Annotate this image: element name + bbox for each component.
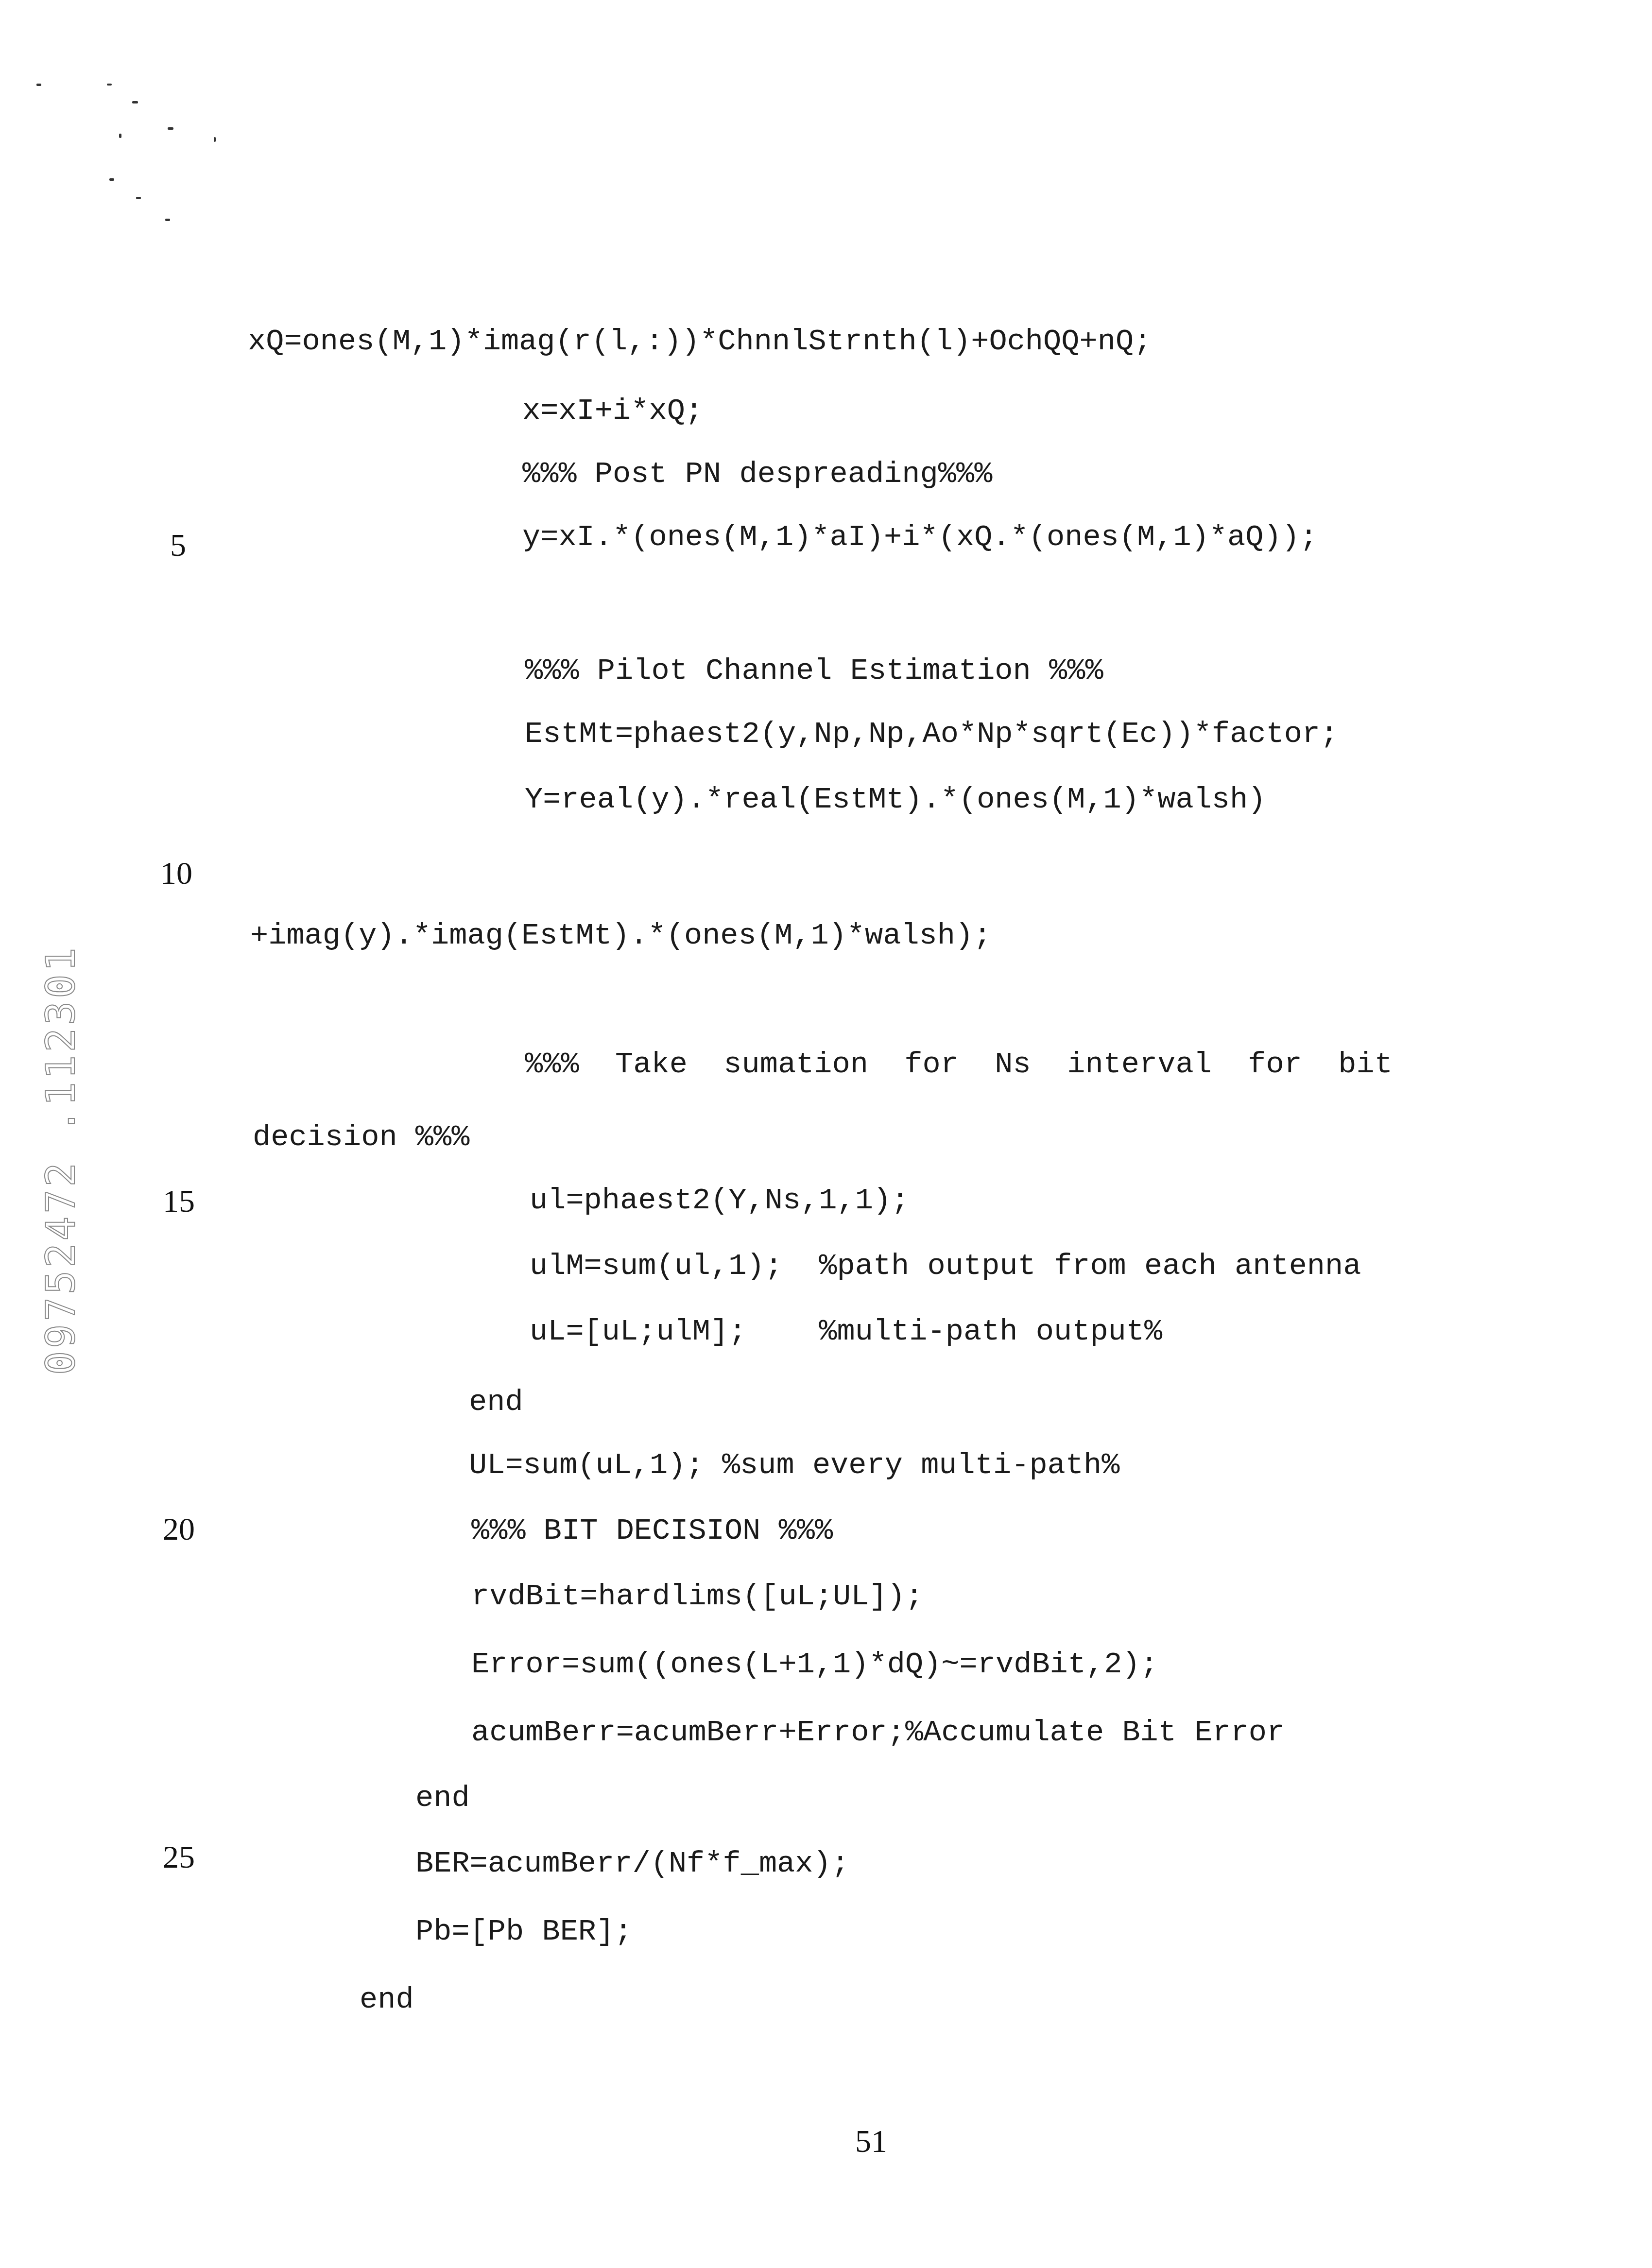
line-number: 20 (163, 1513, 195, 1546)
scan-speck (168, 127, 173, 130)
document-page: 09752472 .112301 5 10 15 20 25 xQ=ones(M… (0, 0, 1652, 2268)
page-number: 51 (855, 2123, 887, 2160)
scan-speck (109, 178, 114, 181)
code-line: EstMt=phaest2(y,Np,Np,Ao*Np*sqrt(Ec))*fa… (525, 719, 1338, 749)
code-line: decision %%% (253, 1122, 469, 1152)
scan-speck (165, 219, 170, 221)
code-line: Error=sum((ones(L+1,1)*dQ)~=rvdBit,2); (471, 1649, 1158, 1680)
code-line: BER=acumBerr/(Nf*f_max); (415, 1849, 849, 1879)
code-line: y=xI.*(ones(M,1)*aI)+i*(xQ.*(ones(M,1)*a… (522, 522, 1318, 552)
scan-speck (119, 134, 121, 138)
scan-speck (214, 137, 216, 142)
code-line: end (415, 1783, 470, 1813)
scan-speck (107, 84, 112, 86)
line-number: 15 (163, 1186, 195, 1218)
code-line: %%% Take sumation for Ns interval for bi… (525, 1049, 1393, 1080)
scan-speck (132, 101, 138, 103)
code-line: end (469, 1387, 523, 1417)
code-line: Y=real(y).*real(EstMt).*(ones(M,1)*walsh… (525, 785, 1266, 815)
code-line: %%% BIT DECISION %%% (471, 1516, 833, 1546)
line-number: 10 (160, 858, 192, 890)
scan-speck (36, 84, 41, 86)
code-line: %%% Pilot Channel Estimation %%% (525, 656, 1103, 686)
code-line: ulM=sum(ul,1); %path output from each an… (530, 1251, 1361, 1281)
code-line: acumBerr=acumBerr+Error;%Accumulate Bit … (471, 1718, 1285, 1748)
code-line: Pb=[Pb BER]; (415, 1917, 632, 1947)
code-line: +imag(y).*imag(EstMt).*(ones(M,1)*walsh)… (250, 921, 991, 951)
code-line: ul=phaest2(Y,Ns,1,1); (530, 1186, 909, 1216)
side-stamp: 09752472 .112301 (38, 945, 84, 1375)
code-line: UL=sum(uL,1); %sum every multi-path% (469, 1450, 1119, 1480)
line-number: 5 (170, 530, 186, 562)
code-line: %%% Post PN despreading%%% (522, 459, 992, 489)
scan-speck (136, 197, 141, 199)
code-line: end (360, 1985, 414, 2015)
code-line: x=xI+i*xQ; (522, 396, 703, 426)
code-line: uL=[uL;ulM]; %multi-path output% (530, 1317, 1162, 1347)
line-number: 25 (163, 1841, 195, 1873)
code-line: xQ=ones(M,1)*imag(r(l,:))*ChnnlStrnth(l)… (248, 326, 1152, 357)
code-line: rvdBit=hardlims([uL;UL]); (471, 1581, 923, 1612)
